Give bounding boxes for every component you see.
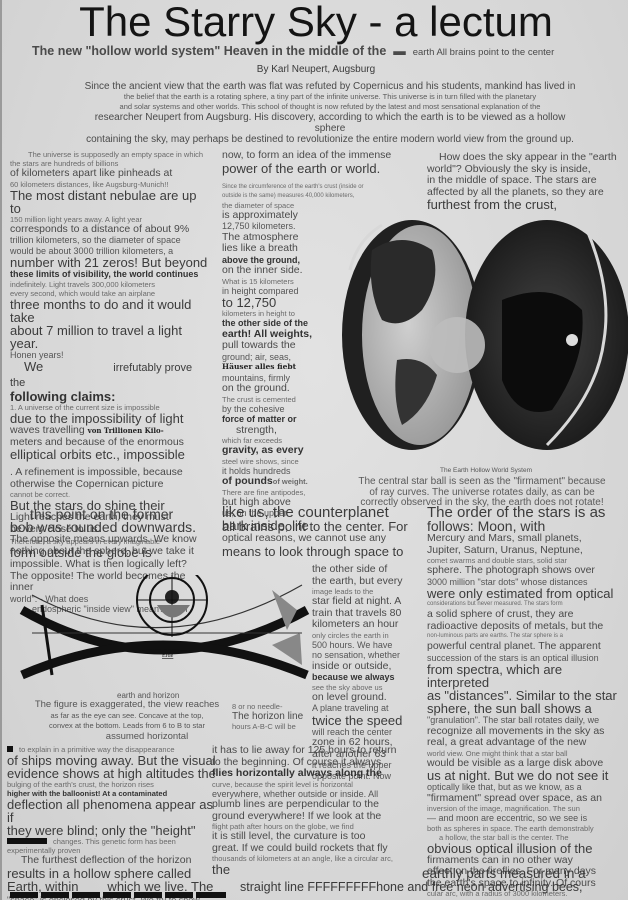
text-line: hours A-B-C will be bbox=[232, 722, 312, 732]
text-line: to 12,750 bbox=[222, 296, 340, 309]
text-line: The central star ball is seen as the "fi… bbox=[337, 477, 627, 488]
lede-line: Since the ancient view that the earth wa… bbox=[80, 81, 580, 92]
subtitle-tail: earth All brains point to the center bbox=[413, 47, 555, 58]
text-line: The universe is supposedly an empty spac… bbox=[10, 150, 210, 168]
footer-earthly-text: earthly parts measured in a bbox=[422, 866, 586, 881]
footer-line: straight line FFFFFFFFFhone and free neo… bbox=[240, 880, 583, 894]
text-line: us at night. But we do not see it bbox=[427, 769, 625, 782]
text-line: thousands of kilometers at an angle, lik… bbox=[212, 854, 427, 863]
earth-horizon-diagram: Erde bbox=[12, 575, 312, 685]
text-line: great. If we could build rockets that fl… bbox=[212, 843, 427, 855]
text-line: now, to form an idea of the immense bbox=[222, 150, 340, 162]
text-line: it is still level, the curvature is too bbox=[212, 831, 427, 843]
text-line: optically like that, but as we know, as … bbox=[427, 782, 625, 793]
text-line: three months to do and it would take bbox=[10, 298, 210, 324]
text-line: pull towards the bbox=[222, 340, 340, 352]
subtitle-main: The new "hollow world system" Heaven in … bbox=[32, 44, 386, 58]
text-line: plumb lines are perpendicular to the bbox=[212, 799, 427, 811]
text-line: trillion kilometers, so the diameter of … bbox=[10, 235, 210, 246]
text-line: curve, because the spirit level is horiz… bbox=[212, 780, 427, 789]
text-line: these limits of visibility, the world co… bbox=[10, 269, 210, 280]
text-line: sphere. The photograph shows over bbox=[427, 565, 625, 577]
text-line: indefinitely. Light travels 300,000 kilo… bbox=[10, 280, 210, 289]
text-line: kilometers in height to bbox=[222, 309, 340, 318]
text-line: gravity, as every bbox=[222, 445, 340, 457]
text-line: the other side of bbox=[312, 564, 427, 576]
text-line: a solid sphere of crust, they are bbox=[427, 609, 625, 621]
lede-line: and solar systems and other worlds. This… bbox=[80, 102, 580, 112]
text-line: Jupiter, Saturn, Uranus, Neptune, bbox=[427, 545, 625, 557]
text-line: — and moon are eccentric, so we see is bbox=[427, 813, 625, 824]
article-title: The Starry Sky - a lectum bbox=[2, 0, 628, 44]
column-3-top: How does the sky appear in the "earth wo… bbox=[427, 152, 622, 211]
text-line: The most distant nebulae are up to bbox=[10, 189, 210, 215]
text-line: by the cohesive bbox=[222, 404, 340, 415]
text-line: impossible. What is then logically left? bbox=[10, 559, 210, 571]
text-line: The opposite means upwards. We know bbox=[10, 534, 220, 546]
text-line: number with 21 zeros! But beyond bbox=[10, 256, 210, 269]
text-line: from spectra, which are interpreted bbox=[427, 663, 625, 689]
text-line: lies like a breath bbox=[222, 243, 340, 255]
text-line: 12,750 kilometers. bbox=[222, 221, 340, 232]
text-line: of kilometers apart like pinheads at bbox=[10, 168, 210, 180]
text-line: 500 hours. We have bbox=[312, 640, 427, 651]
lede-line: researcher Neupert from Augsburg. His di… bbox=[80, 112, 580, 134]
text-line: in the middle of space. The stars are bbox=[427, 175, 622, 187]
text-line: only circles the earth in bbox=[312, 631, 427, 640]
text-line: Weirrefutably prove the bbox=[10, 360, 210, 390]
text-line: radioactive deposits of metals, but the bbox=[427, 621, 625, 633]
text-line: elliptical orbits etc., impossible bbox=[10, 448, 210, 461]
text-line: on level ground. bbox=[312, 692, 427, 704]
text-line: results in a hollow sphere called bbox=[7, 867, 222, 880]
bottom-middle-text: it has to lie away for 125 hours to retu… bbox=[212, 745, 427, 876]
text-line: flies horizontally always along the bbox=[212, 768, 427, 780]
article-subtitle: The new "hollow world system" Heaven in … bbox=[32, 44, 612, 58]
text-line: real, a great advantage of the new bbox=[427, 737, 625, 749]
text-line: both as spheres in space. The earth demo… bbox=[427, 824, 625, 833]
text-line: were only estimated from optical bbox=[427, 587, 625, 600]
text-line: How does the sky appear in the "earth bbox=[427, 152, 622, 164]
text-line: about 7 million to travel a light year. bbox=[10, 324, 210, 350]
text-line: inside or outside, bbox=[312, 661, 427, 673]
text-line: kilometers an hour bbox=[312, 619, 427, 631]
text-line: star field at night. A bbox=[312, 596, 427, 608]
text-line: A plane traveling at bbox=[312, 703, 427, 714]
text-line: evidence shows at high altitudes the bbox=[7, 767, 222, 780]
text-line: power of the earth or world. bbox=[222, 162, 340, 175]
text-line: is approximately bbox=[222, 210, 340, 222]
text-line: sphere, the sun ball shows a bbox=[427, 702, 625, 715]
lede-line: the belief that the earth is a rotating … bbox=[80, 92, 580, 102]
text-line: ground everywhere! If we look at the bbox=[212, 811, 427, 823]
horizon-figure-description: The figure is exaggerated, the view reac… bbox=[27, 700, 227, 742]
text-line: the earth, but every bbox=[312, 576, 427, 588]
text-line: . A refinement is impossible, because bbox=[10, 467, 210, 479]
byline: By Karl Neupert, Augsburg bbox=[2, 64, 628, 75]
text-line: obvious optical illusion of the bbox=[427, 842, 625, 855]
text-line: like us, the counterplanet bbox=[222, 506, 427, 520]
text-line: otherwise the Copernican picture bbox=[10, 479, 210, 491]
text-line: as far as the eye can see. Concave at th… bbox=[27, 711, 227, 722]
text-line: the other side of the bbox=[222, 318, 340, 329]
text-line: means to look through space to bbox=[222, 545, 427, 558]
text-line: powerful central planet. The apparent bbox=[427, 641, 625, 653]
column-3-continued: The order of the stars is as follows: Mo… bbox=[427, 506, 625, 898]
text-line: it has to lie away for 125 hours to retu… bbox=[212, 745, 427, 757]
text-line: Häuser alles fiebt bbox=[222, 362, 340, 373]
text-line: inversion of the image, magnification. T… bbox=[427, 804, 625, 813]
text-line: The crust is cemented bbox=[222, 395, 340, 404]
column-1-continued: this point on the former bob was rounded… bbox=[10, 508, 220, 557]
svg-text:Erde: Erde bbox=[162, 653, 174, 659]
text-line: The furthest deflection of the horizon bbox=[7, 855, 222, 867]
hollow-earth-globes-image bbox=[342, 210, 628, 460]
horizon-side-note: 8 or no needle- The horizon line hours A… bbox=[232, 702, 312, 732]
text-line: because we always bbox=[312, 672, 427, 683]
bottom-left-text: to explain in a primitive way the disapp… bbox=[7, 745, 222, 900]
text-line: corresponds to a distance of about 9% bbox=[10, 224, 210, 236]
text-line: convex at the bottom. Leads from 6 to B … bbox=[27, 721, 227, 732]
text-line: outside is the same) measures 40,000 kil… bbox=[222, 192, 340, 201]
text-line: Mercury and Mars, small planets, bbox=[427, 533, 625, 545]
text-line: nothing about the sphere, but we take it bbox=[10, 546, 220, 558]
text-line: strength, bbox=[222, 425, 340, 437]
text-line: they were blind; only the "height" bbox=[7, 824, 222, 837]
dash-mark: ▬ bbox=[390, 44, 409, 58]
text-line: on the ground. bbox=[222, 383, 340, 395]
redacted-bar bbox=[10, 885, 240, 891]
text-line: bulging of the earth's crust, the horizo… bbox=[7, 780, 222, 789]
globe-figure-caption: The Earth Hollow World System bbox=[342, 467, 628, 474]
text-line: changes. This genetic form has been bbox=[7, 837, 222, 846]
text-line: of poundsof weight. bbox=[222, 476, 340, 488]
lede-line: containing the sky, may perhaps be desti… bbox=[80, 134, 580, 145]
text-line: no sensation, whether bbox=[312, 650, 427, 661]
text-line: deflection all phenomena appear as if bbox=[7, 798, 222, 824]
text-line: The horizon line bbox=[232, 712, 312, 722]
text-line: The figure is exaggerated, the view reac… bbox=[27, 700, 227, 711]
newspaper-page: The Starry Sky - a lectum The new "hollo… bbox=[0, 0, 628, 900]
text-line: twice the speed bbox=[312, 714, 427, 727]
text-line: "granulation". The star ball rotates dai… bbox=[427, 715, 625, 726]
text-line: Since the circumference of the earth's c… bbox=[222, 183, 340, 192]
column-2-continued: like us, the counterplanet all brains po… bbox=[222, 506, 427, 558]
column-2: now, to form an idea of the immense powe… bbox=[222, 150, 340, 532]
text-line: waves travelling von Trillionen Kilo- bbox=[10, 425, 210, 437]
text-line: the bbox=[212, 863, 427, 876]
text-line: assumed horizontal bbox=[27, 732, 227, 743]
text-line: optical reasons, we cannot use any bbox=[222, 533, 427, 545]
text-line: on the inner side. bbox=[222, 265, 340, 277]
lede-paragraph: Since the ancient view that the earth wa… bbox=[80, 81, 580, 145]
text-line: "firmament" spread over space, as an bbox=[427, 793, 625, 805]
text-line: force of matter or bbox=[222, 414, 340, 425]
text-line: following claims: bbox=[10, 390, 210, 403]
text-line: ground; air, seas, bbox=[222, 352, 340, 363]
text-line: What is 15 kilometers bbox=[222, 277, 340, 286]
text-line: steel wire shows, since bbox=[222, 457, 340, 466]
